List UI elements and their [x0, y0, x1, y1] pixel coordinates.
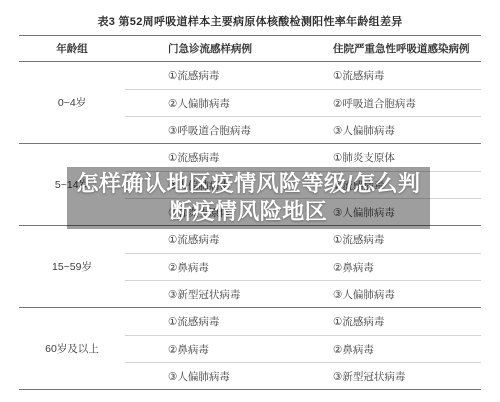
- pathogen-cell: ②鼻病毒: [333, 260, 481, 275]
- pathogen-cell: ②呼吸道合胞病毒: [333, 96, 481, 111]
- pathogen-cell: ②鼻病毒: [125, 260, 333, 275]
- table-subrow: ③呼吸道合胞病毒 ③人偏肺病毒: [125, 116, 481, 143]
- pathogen-cell: ③人偏肺病毒: [125, 369, 333, 384]
- table-row-age-0-4: 0~4岁 ①流感病毒 ①流感病毒 ②人偏肺病毒 ②呼吸道合胞病毒 ③呼吸道合胞病…: [19, 62, 481, 144]
- pathogen-cell: ①流感病毒: [125, 314, 333, 329]
- pathogen-cell: ①流感病毒: [125, 68, 333, 83]
- age-group-label: 0~4岁: [19, 62, 125, 143]
- table-subrow: ③人偏肺病毒 ③新型冠状病毒: [125, 362, 481, 389]
- table-subrow: ②鼻病毒 ②鼻病毒: [125, 335, 481, 362]
- pathogen-cell: ①流感病毒: [125, 150, 333, 165]
- table-subrow: ②人偏肺病毒 ②呼吸道合胞病毒: [125, 89, 481, 116]
- header-outpatient: 门急诊流感样病例: [125, 41, 333, 56]
- pathogen-cell: ②鼻病毒: [125, 342, 333, 357]
- pathogen-cell: ③新型冠状病毒: [333, 369, 481, 384]
- pathogen-cell: ①流感病毒: [333, 232, 481, 247]
- pathogen-cell: ②鼻病毒: [333, 342, 481, 357]
- table-subrow: ②鼻病毒 ②鼻病毒: [125, 253, 481, 280]
- pathogen-cell: ③呼吸道合胞病毒: [125, 123, 333, 138]
- pathogen-cell: ①流感病毒: [333, 68, 481, 83]
- table-subrow: ①流感病毒 ①流感病毒: [125, 308, 481, 335]
- headline-watermark-overlay: 怎样确认地区疫情风险等级/怎么判 断疫情风险地区: [67, 167, 430, 229]
- headline-line-1: 怎样确认地区疫情风险等级/怎么判: [76, 170, 420, 198]
- headline-line-2: 断疫情风险地区: [170, 198, 328, 226]
- table-header-row: 年龄组 门急诊流感样病例 住院严重急性呼吸道感染病例: [19, 36, 481, 62]
- age-group-label: 60岁及以上: [19, 308, 125, 389]
- age-group-label: 15~59岁: [19, 226, 125, 307]
- table-row-age-15-59: 15~59岁 ①流感病毒 ①流感病毒 ②鼻病毒 ②鼻病毒 ③新型冠状病毒 ③人偏…: [19, 226, 481, 308]
- table-subrow: ③新型冠状病毒 ③人偏肺病毒: [125, 280, 481, 307]
- table-title: 表3 第52周呼吸道样本主要病原体核酸检测阳性率年龄组差异: [0, 13, 500, 29]
- table-subrow: ①流感病毒 ①流感病毒: [125, 62, 481, 89]
- pathogen-cell: ③人偏肺病毒: [333, 123, 481, 138]
- pathogen-cell: ③人偏肺病毒: [333, 287, 481, 302]
- header-inpatient: 住院严重急性呼吸道感染病例: [333, 41, 481, 56]
- pathogen-cell: ②人偏肺病毒: [125, 96, 333, 111]
- header-age-group: 年龄组: [19, 41, 125, 56]
- pathogen-cell: ③新型冠状病毒: [125, 287, 333, 302]
- table-subrow: ①流感病毒 ①流感病毒: [125, 226, 481, 253]
- pathogen-cell: ①流感病毒: [125, 232, 333, 247]
- screenshot-page: 表3 第52周呼吸道样本主要病原体核酸检测阳性率年龄组差异 年龄组 门急诊流感样…: [0, 0, 500, 402]
- pathogen-cell: ①流感病毒: [333, 314, 481, 329]
- pathogen-cell: ①肺炎支原体: [333, 150, 481, 165]
- table-row-age-60-plus: 60岁及以上 ①流感病毒 ①流感病毒 ②鼻病毒 ②鼻病毒 ③人偏肺病毒 ③新型冠…: [19, 308, 481, 390]
